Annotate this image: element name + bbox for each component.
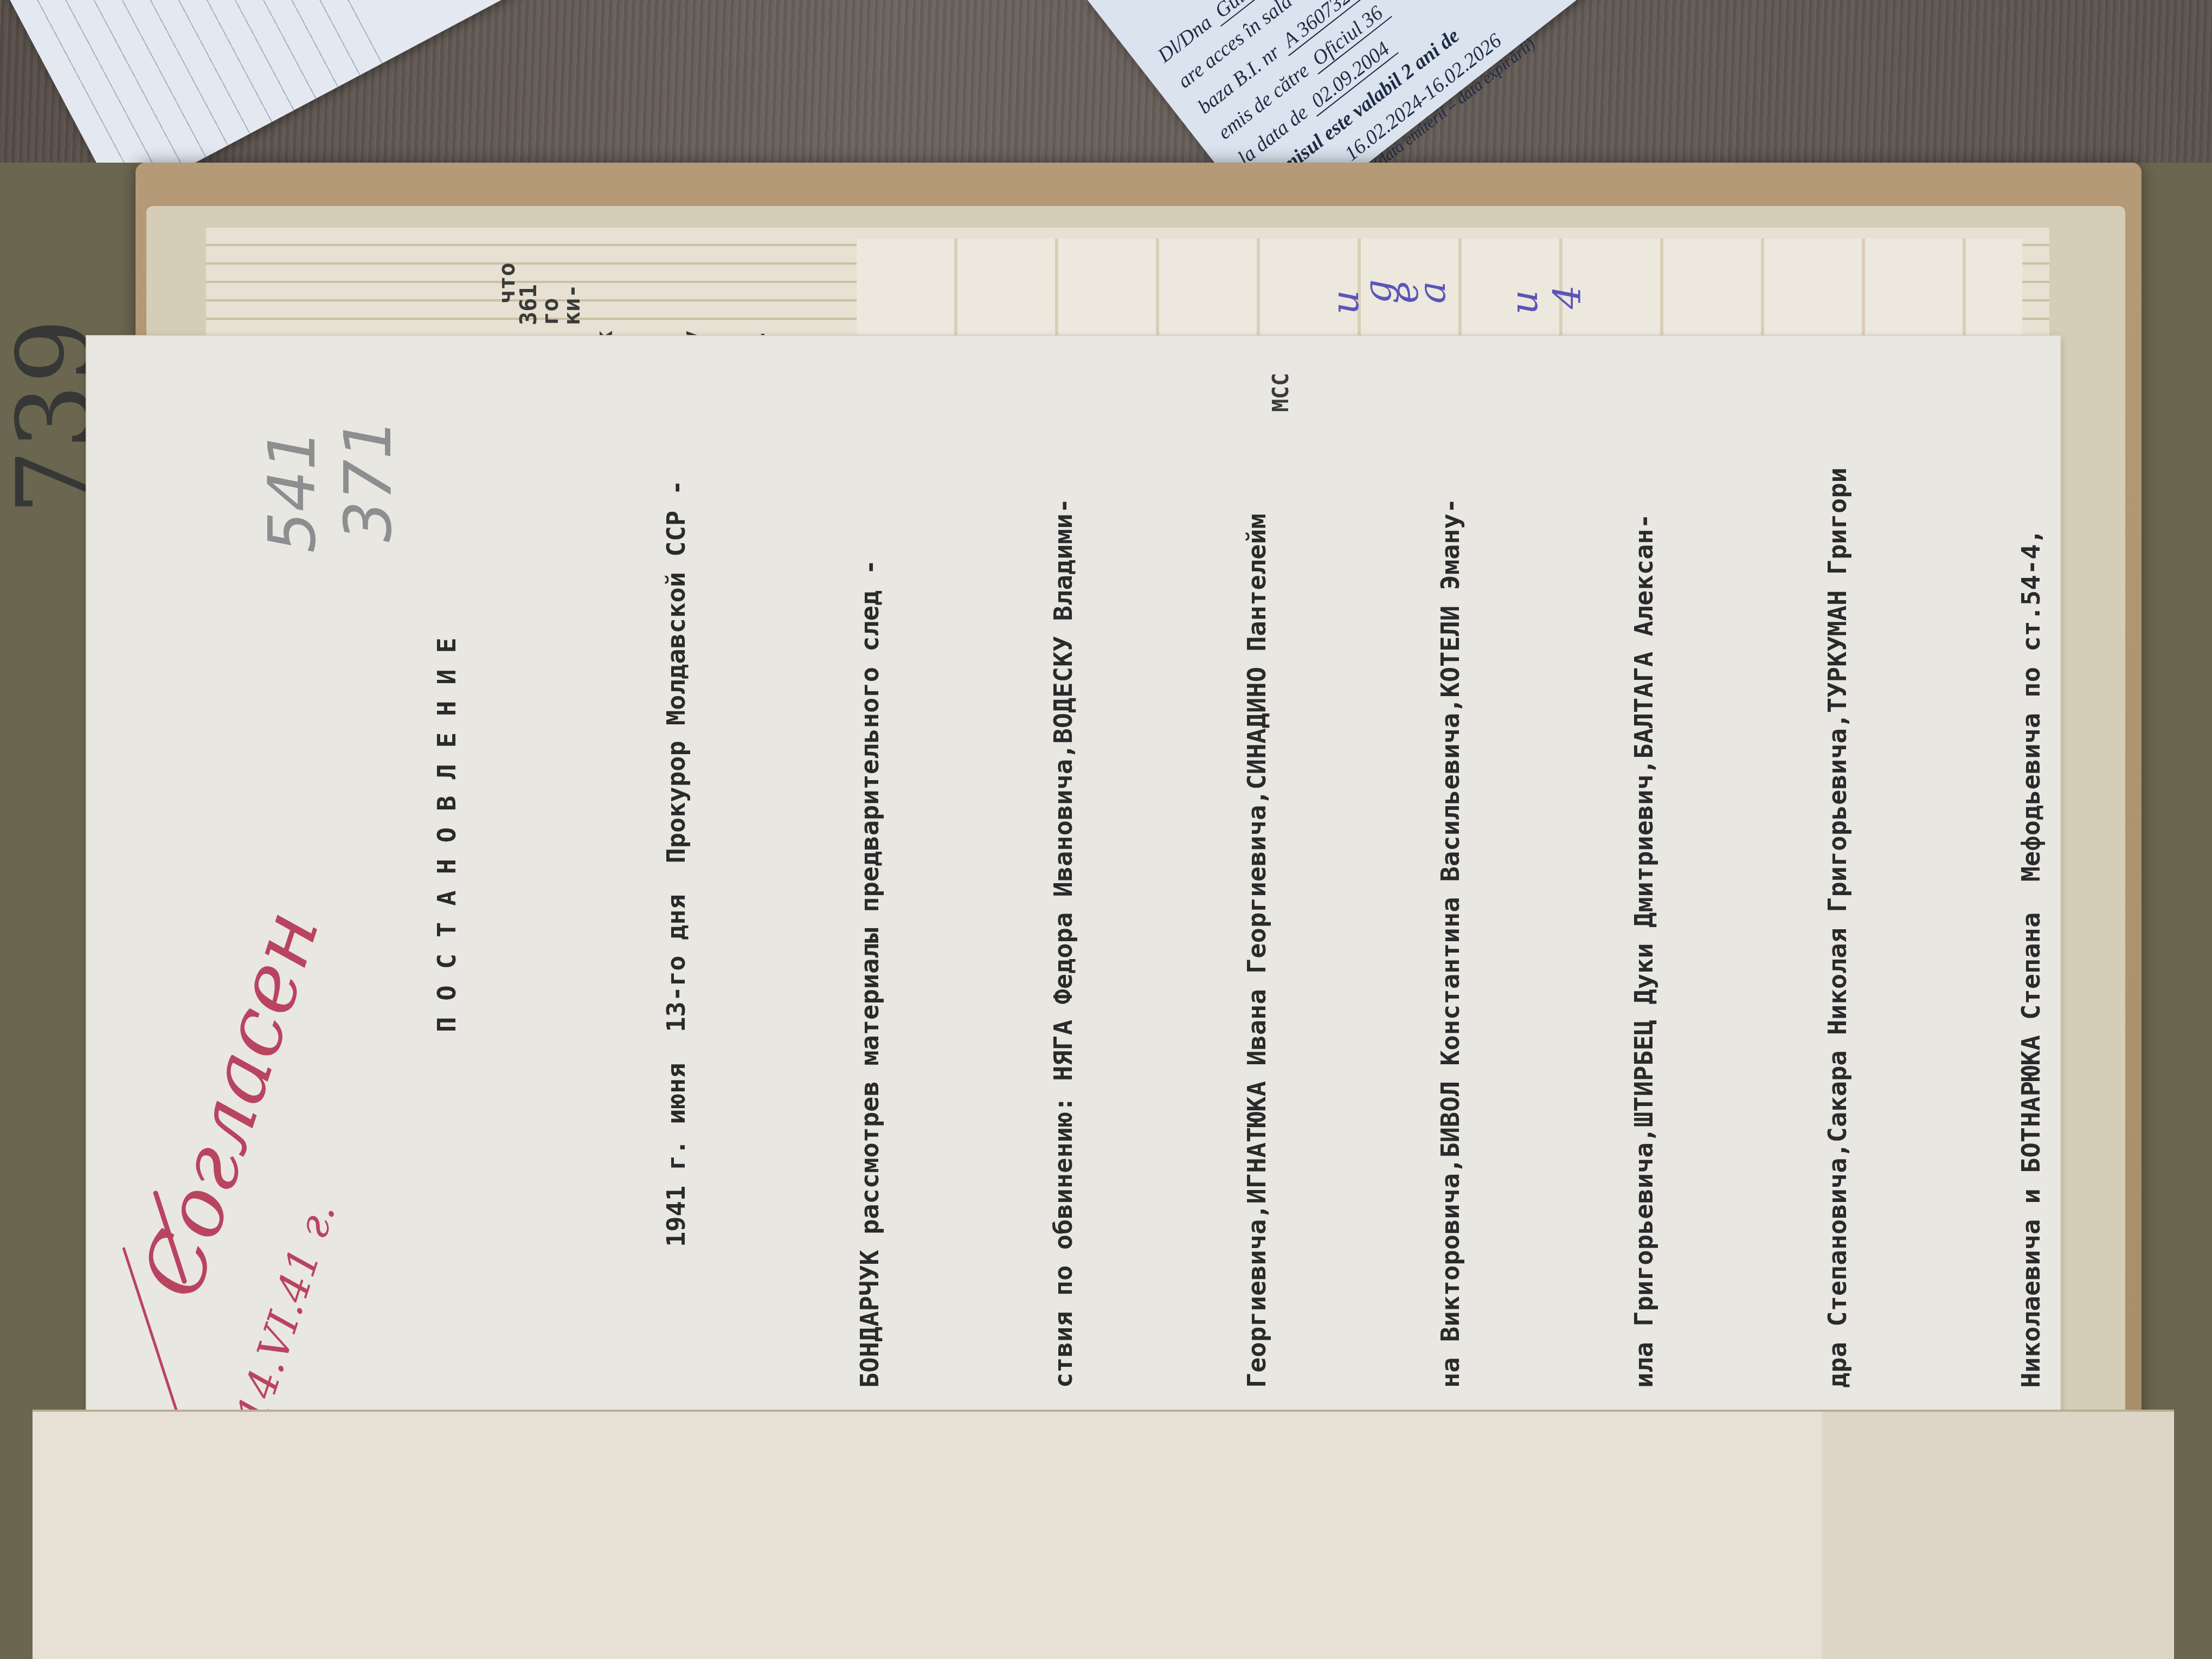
lower-page: [33, 1410, 2174, 1659]
pencil-page-number-1: 541: [255, 429, 330, 553]
intro-line: на Викторовича,БИВОЛ Константина Василье…: [1418, 282, 1483, 1388]
intro-line: дра Степановича,Сакара Николая Григорьев…: [1805, 282, 1870, 1388]
intro-line: 54-11 и 54-13 УК УССР: [2192, 282, 2212, 1388]
intro-line: Георгиевича,ИГНАТЮКА Ивана Георгиевича,С…: [1225, 282, 1289, 1388]
intro-line: ствия по обвинению: НЯГА Федора Иванович…: [1031, 282, 1096, 1388]
intro-line: 1941 г. июня 13-го дня Прокурор Молдавск…: [644, 282, 709, 1388]
intro-line: ила Григорьевича,ШТИРБЕЦ Дуки Дмитриевич…: [1612, 282, 1676, 1388]
intro-paragraph: 1941 г. июня 13-го дня Прокурор Молдавск…: [515, 282, 2212, 1388]
intro-line: Николаевича и БОТНАРЮКА Степана Мефодьев…: [1999, 282, 2063, 1388]
pencil-page-number-2: 371: [331, 418, 406, 542]
resolution-text-rotated: ПОСТАНОВЛЕНИЕ 1941 г. июня 13-го дня Про…: [380, 282, 1843, 1388]
lower-page-fold: [1822, 1412, 2174, 1659]
intro-line: БОНДАРЧУК рассмотрев материалы предварит…: [838, 282, 902, 1388]
